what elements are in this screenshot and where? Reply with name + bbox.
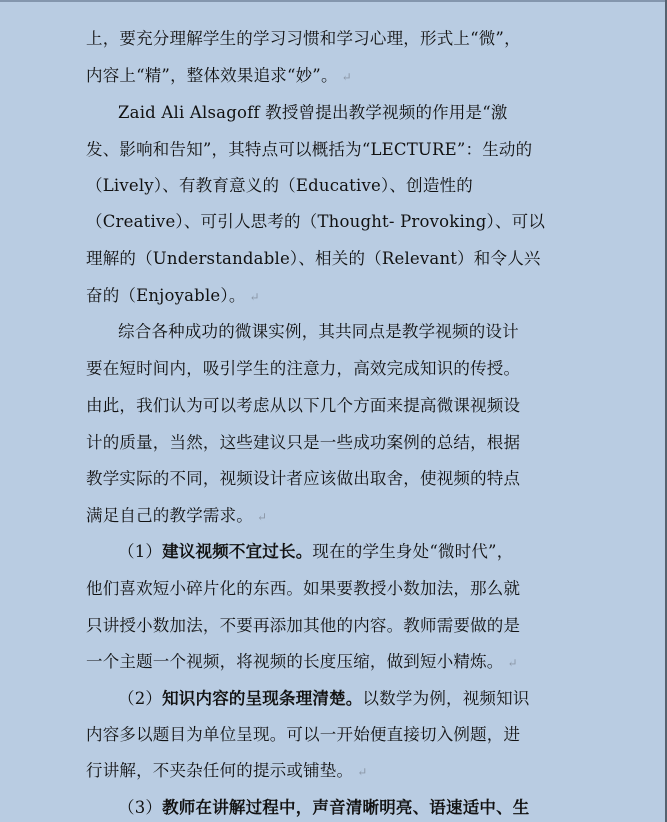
line-text: 理解的（Understandable）、相关的（Relevant）和令人兴 [86, 249, 541, 268]
text-line: 奋的（Enjoyable）。↵ [86, 284, 260, 308]
line-text: 发、影响和告知”，其特点可以概括为“LECTURE”：生动的 [86, 140, 532, 159]
section-heading: 知识内容的呈现条理清楚。 [162, 689, 362, 708]
line-text: 他们喜欢短小碎片化的东西。如果要教授小数加法，那么就 [86, 579, 520, 598]
line-text: 奋的（Enjoyable）。 [86, 286, 246, 305]
section-heading: 教师在讲解过程中，声音清晰明亮、语速适中、生 [162, 798, 529, 817]
text-line: （3）教师在讲解过程中，声音清晰明亮、语速适中、生 [118, 796, 530, 820]
paragraph-mark-icon: ↵ [342, 70, 352, 84]
line-text: 上，要充分理解学生的学习习惯和学习心理，形式上“微”， [86, 29, 521, 48]
text-line: 一个主题一个视频，将视频的长度压缩，做到短小精炼。↵ [86, 650, 518, 674]
line-text: 只讲授小数加法，不要再添加其他的内容。教师需要做的是 [86, 616, 520, 635]
text-line: （2）知识内容的呈现条理清楚。以数学为例，视频知识 [118, 687, 530, 711]
line-text: 由此，我们认为可以考虑从以下几个方面来提高微课视频设 [86, 396, 520, 415]
line-text: 一个主题一个视频，将视频的长度压缩，做到短小精炼。 [86, 652, 504, 671]
list-number: （3） [118, 798, 162, 817]
text-line: 教学实际的不同，视频设计者应该做出取舍，使视频的特点 [86, 467, 520, 491]
text-line: （Lively）、有教育意义的（Educative）、创造性的 [86, 174, 473, 198]
text-line: 行讲解，不夹杂任何的提示或铺垫。↵ [86, 759, 367, 783]
text-line: 综合各种成功的微课实例，其共同点是教学视频的设计 [118, 320, 519, 344]
line-text: 要在短时间内，吸引学生的注意力，高效完成知识的传授。 [86, 359, 520, 378]
text-line: 上，要充分理解学生的学习习惯和学习心理，形式上“微”， [86, 27, 521, 51]
line-text: Zaid Ali Alsagoff 教授曾提出教学视频的作用是“激 [118, 103, 508, 122]
window-top-border [0, 0, 667, 2]
text-line: 发、影响和告知”，其特点可以概括为“LECTURE”：生动的 [86, 138, 532, 162]
text-line: 要在短时间内，吸引学生的注意力，高效完成知识的传授。 [86, 357, 520, 381]
text-line: 满足自己的教学需求。↵ [86, 504, 267, 528]
line-text: （Lively）、有教育意义的（Educative）、创造性的 [86, 176, 473, 195]
text-line: 计的质量，当然，这些建议只是一些成功案例的总结，根据 [86, 431, 520, 455]
line-text: 综合各种成功的微课实例，其共同点是教学视频的设计 [118, 322, 519, 341]
line-text: 行讲解，不夹杂任何的提示或铺垫。 [86, 761, 353, 780]
text-line: 只讲授小数加法，不要再添加其他的内容。教师需要做的是 [86, 614, 520, 638]
line-text: 现在的学生身处“微时代”， [312, 542, 513, 561]
text-line: 内容上“精”，整体效果追求“妙”。↵ [86, 64, 352, 88]
line-text: （Creative）、可引人思考的（Thought- Provoking）、可以 [86, 212, 545, 231]
text-line: 内容多以题目为单位呈现。可以一开始便直接切入例题，进 [86, 723, 520, 747]
line-text: 内容多以题目为单位呈现。可以一开始便直接切入例题，进 [86, 725, 520, 744]
list-number: （1） [118, 542, 162, 561]
paragraph-mark-icon: ↵ [357, 765, 367, 779]
text-line: （Creative）、可引人思考的（Thought- Provoking）、可以 [86, 210, 545, 234]
paragraph-mark-icon: ↵ [508, 656, 518, 670]
line-text: 以数学为例，视频知识 [363, 689, 530, 708]
line-text: 内容上“精”，整体效果追求“妙”。 [86, 66, 338, 85]
text-line: 他们喜欢短小碎片化的东西。如果要教授小数加法，那么就 [86, 577, 520, 601]
line-text: 满足自己的教学需求。 [86, 506, 253, 525]
section-heading: 建议视频不宜过长。 [162, 542, 312, 561]
line-text: 教学实际的不同，视频设计者应该做出取舍，使视频的特点 [86, 469, 520, 488]
line-text: 计的质量，当然，这些建议只是一些成功案例的总结，根据 [86, 433, 520, 452]
paragraph-mark-icon: ↵ [257, 510, 267, 524]
text-line: （1）建议视频不宜过长。现在的学生身处“微时代”， [118, 540, 513, 564]
text-line: 由此，我们认为可以考虑从以下几个方面来提高微课视频设 [86, 394, 520, 418]
text-line: Zaid Ali Alsagoff 教授曾提出教学视频的作用是“激 [118, 101, 508, 125]
paragraph-mark-icon: ↵ [250, 290, 260, 304]
text-line: 理解的（Understandable）、相关的（Relevant）和令人兴 [86, 247, 541, 271]
list-number: （2） [118, 689, 162, 708]
